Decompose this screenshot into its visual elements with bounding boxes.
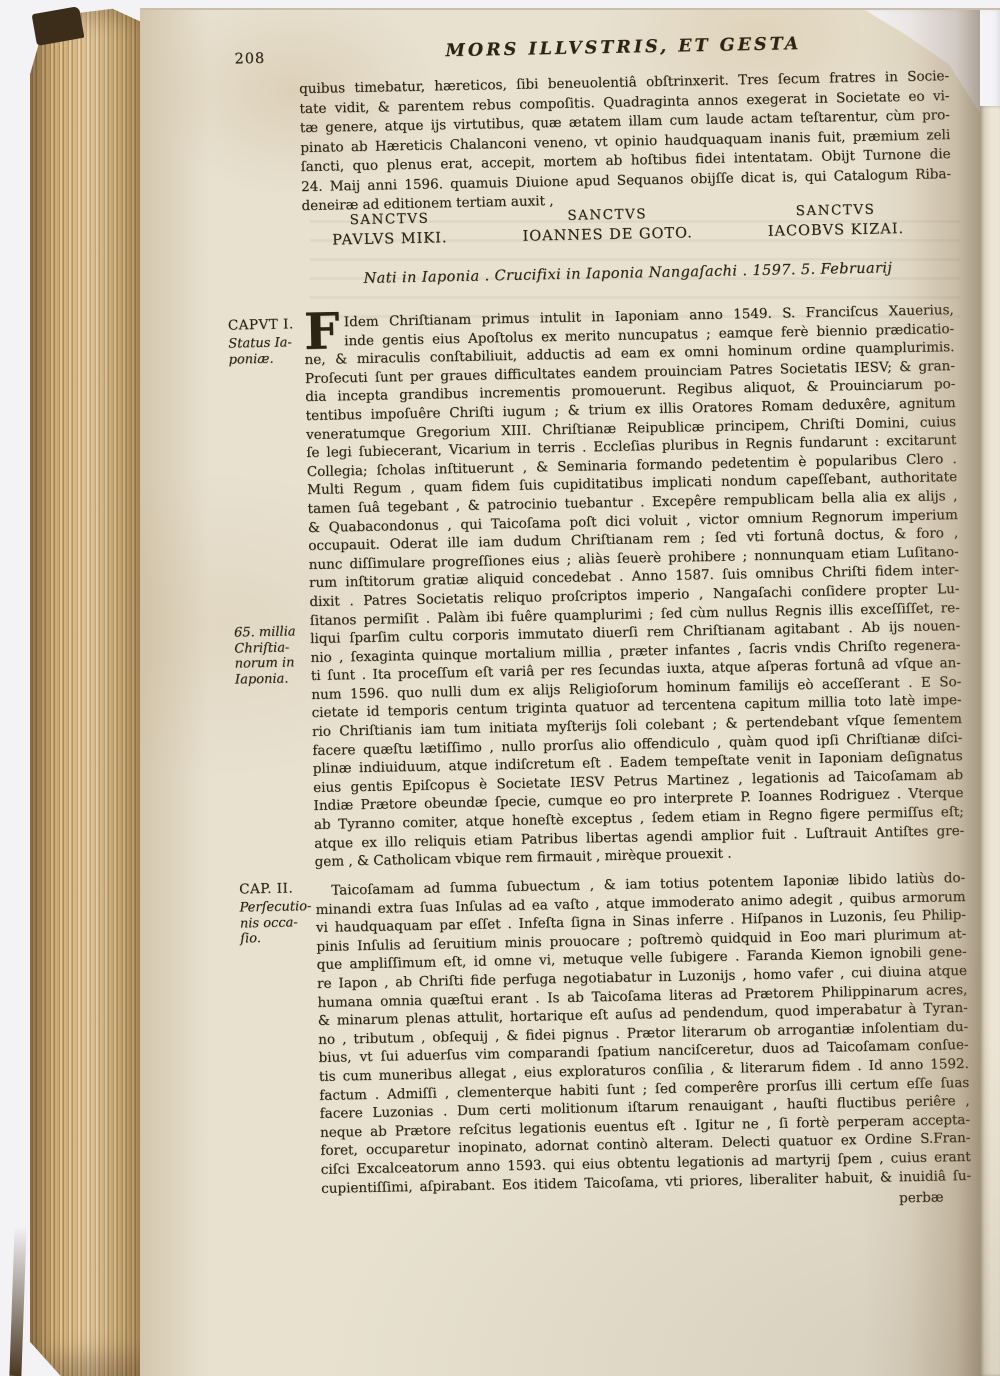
- page-number: 208: [234, 51, 265, 68]
- saint-title: SANCTVS: [332, 210, 448, 228]
- saint-title: SANCTVS: [522, 205, 692, 224]
- margin-note-body: Perſecutio-nis occa-ſio.: [239, 899, 318, 947]
- margin-note-65-millia: 65. milliaChriſtia-norum inIaponia.: [234, 624, 313, 688]
- intro-paragraph: quibus timebatur, hæreticos, ſibi beneuo…: [299, 67, 952, 217]
- martyrdom-subtitle: Nati in Iaponia . Crucifixi in Iaponia N…: [303, 259, 953, 288]
- book-page: 208 MORS ILLVSTRIS, ET GESTA quibus time…: [140, 10, 1000, 1376]
- saint-column: SANCTVS IOANNES DE GOTO.: [522, 205, 693, 244]
- text-line: 65. millia: [234, 624, 312, 641]
- facing-page-edge: [980, 106, 1000, 1376]
- margin-note-body: 65. milliaChriſtia-norum inIaponia.: [234, 624, 313, 688]
- margin-note-cap-2: CAP. II. Perſecutio-nis occa-ſio.: [239, 880, 318, 947]
- margin-note-caput-1: CAPVT I. Status Ia-poniæ.: [228, 316, 307, 368]
- saint-name: PAVLVS MIKI.: [332, 230, 448, 248]
- text-line: nis occa-: [240, 914, 318, 931]
- gutter-shadow: [862, 10, 980, 1376]
- text-line: norum in: [235, 655, 313, 672]
- margin-note-body: Status Ia-poniæ.: [228, 335, 307, 368]
- book-fore-edge: [30, 6, 148, 1376]
- margin-note-heading: CAPVT I.: [228, 316, 306, 334]
- book-photograph: 208 MORS ILLVSTRIS, ET GESTA quibus time…: [0, 0, 1000, 1376]
- running-header: MORS ILLVSTRIS, ET GESTA: [298, 31, 948, 64]
- text-line: Chriſtia-: [234, 639, 312, 656]
- text-line: ſio.: [240, 930, 318, 947]
- margin-note-heading: CAP. II.: [239, 880, 317, 898]
- book-cover-edge: [9, 1226, 26, 1376]
- text-line: Perſecutio-: [239, 899, 317, 916]
- saint-name: IOANNES DE GOTO.: [522, 225, 692, 244]
- text-line: Iaponia.: [235, 670, 313, 687]
- text-line: Status Ia-: [228, 335, 306, 352]
- saint-column: SANCTVS PAVLVS MIKI.: [332, 210, 448, 248]
- text-line: poniæ.: [228, 351, 306, 368]
